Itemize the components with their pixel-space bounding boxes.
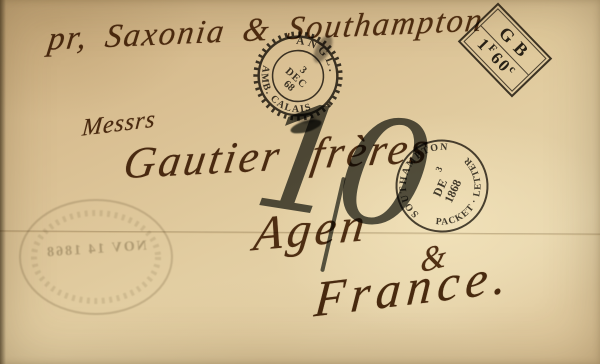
postal-cover: NOV 14 1868 pr, Saxonia & Southampton Me… bbox=[0, 0, 600, 364]
rate-marking-10: 10 bbox=[246, 82, 433, 252]
address-country: France. bbox=[313, 249, 515, 324]
address-salutation: Messrs bbox=[81, 107, 157, 140]
reverse-datestamp: NOV 14 1868 bbox=[14, 194, 178, 320]
southampton-date-day: 3 bbox=[433, 164, 444, 173]
